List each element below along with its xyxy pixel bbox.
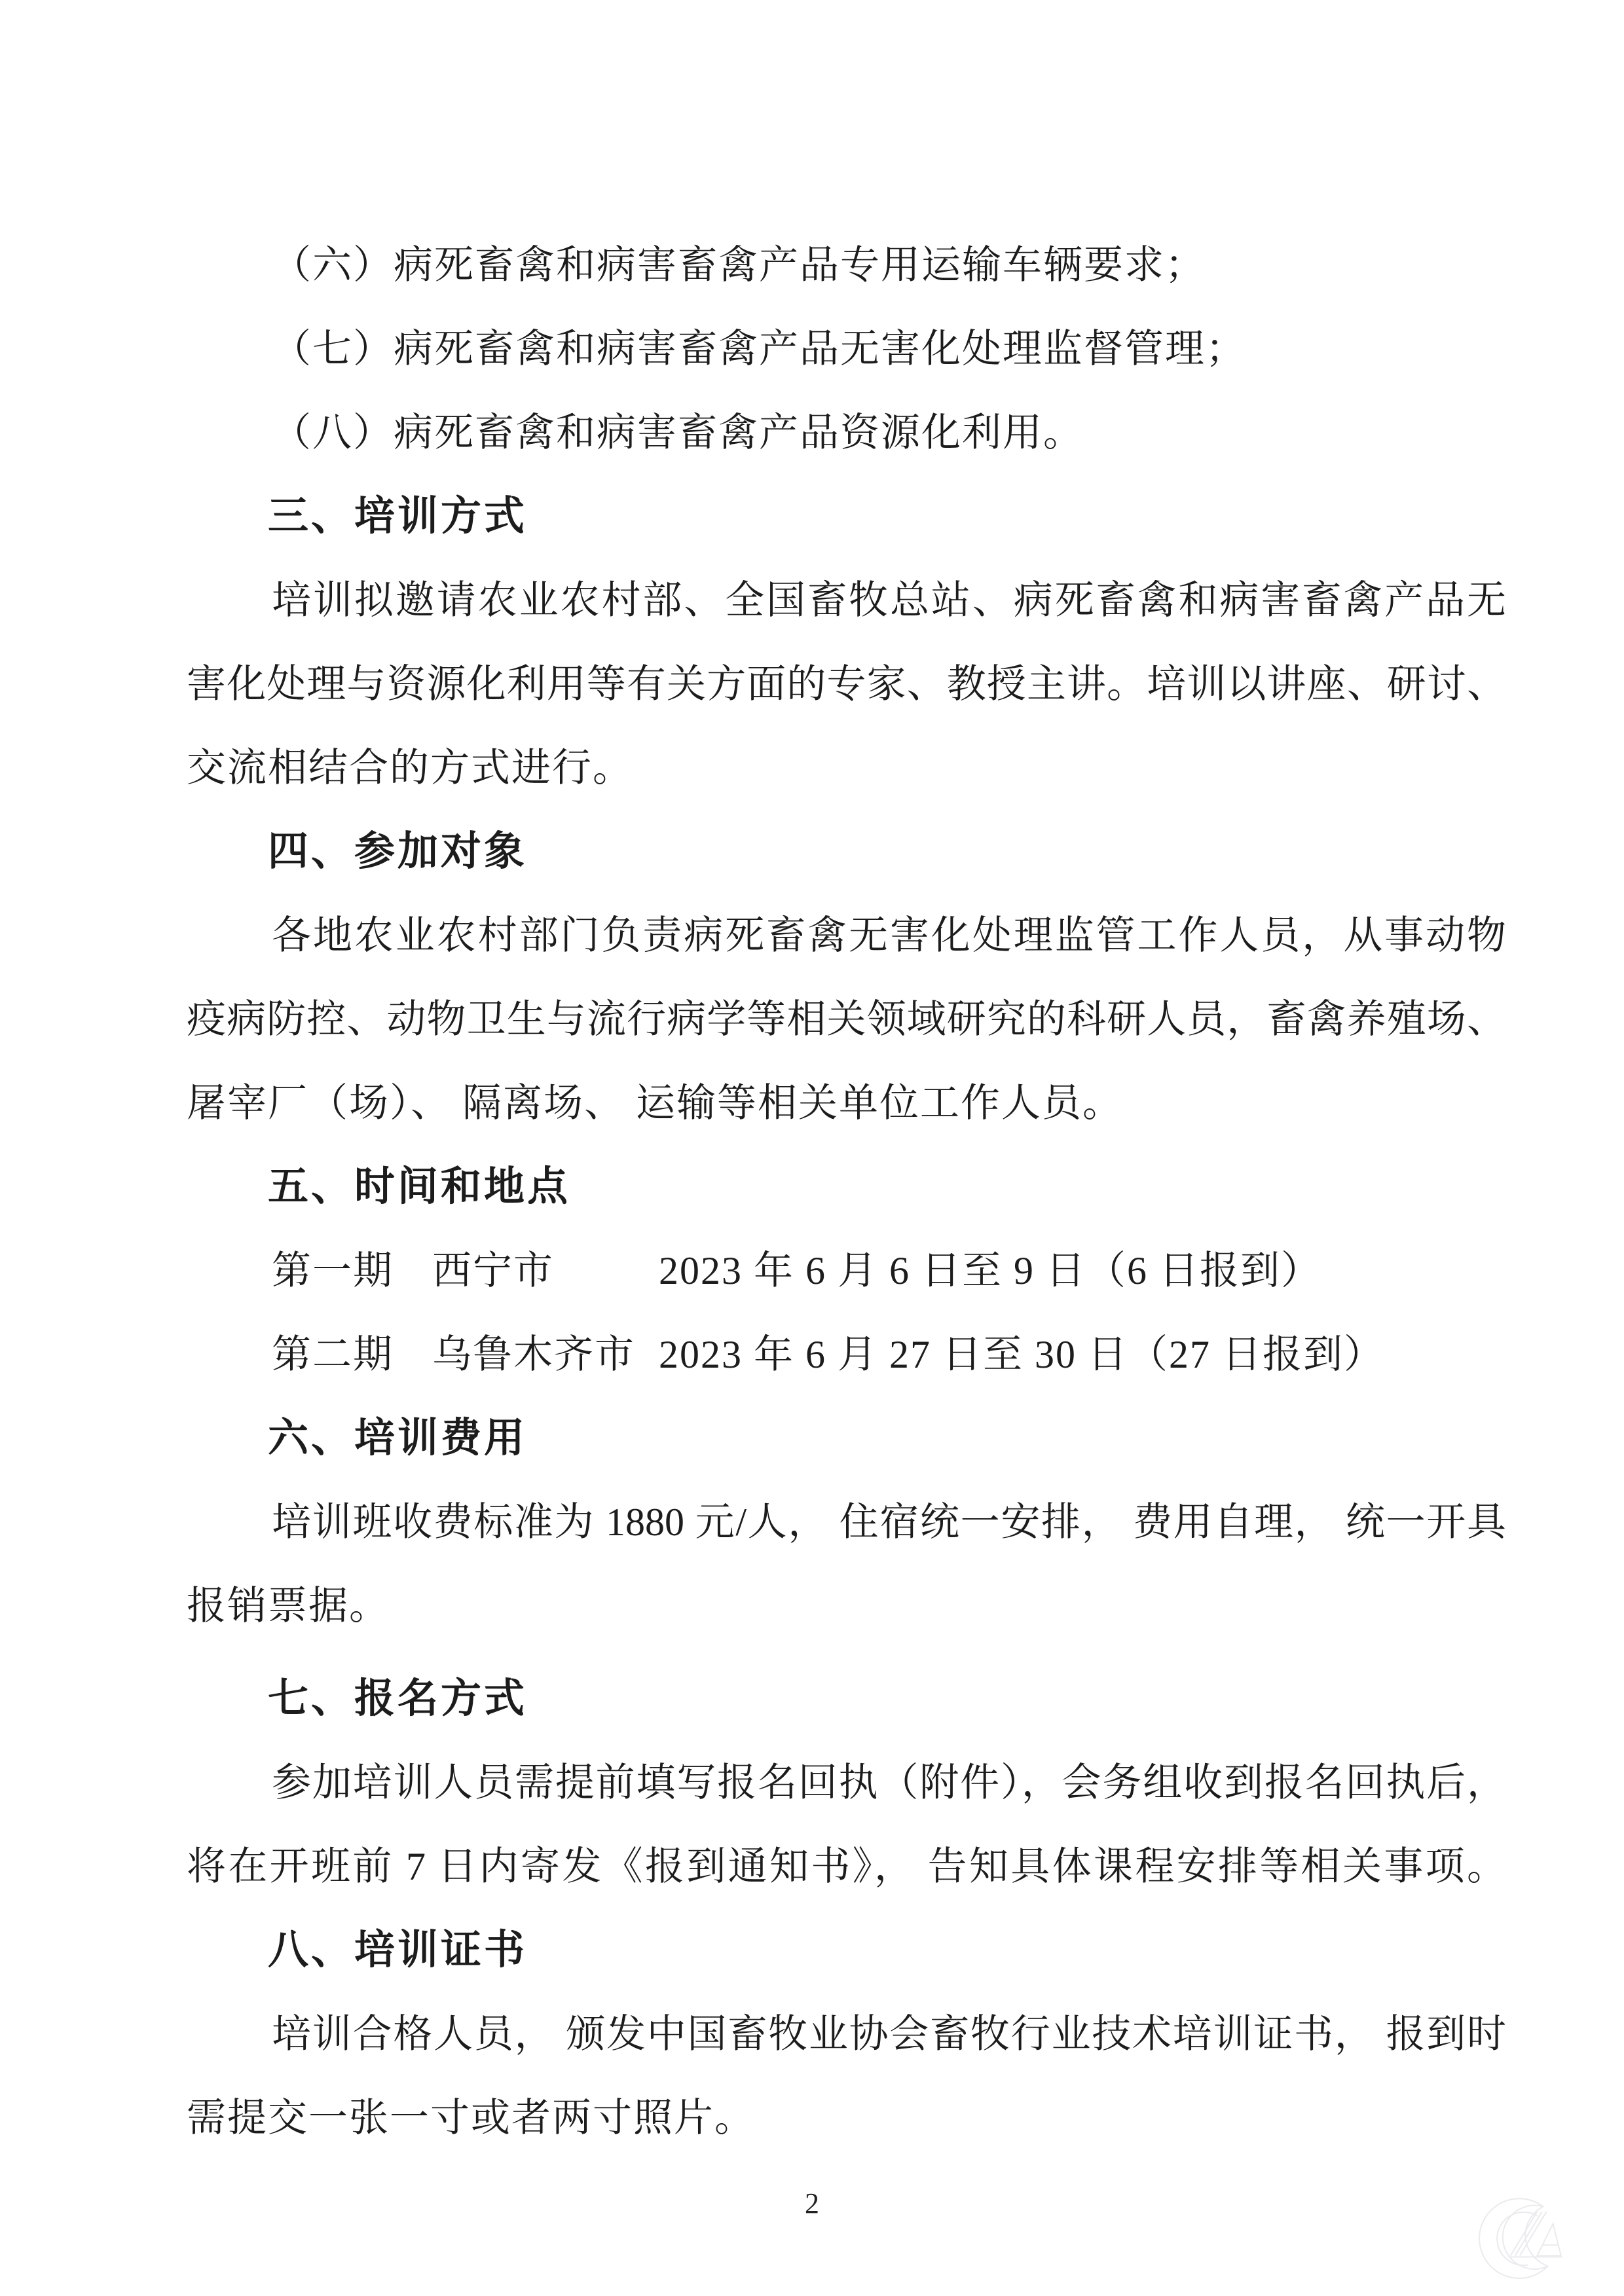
schedule-city: 乌鲁木齐市 [432, 1313, 659, 1396]
paragraph-line: 疫病防控、动物卫生与流行病学等相关领域研究的科研人员，畜禽养殖场、 [187, 977, 1506, 1061]
paragraph-line: 参加培训人员需提前填写报名回执（附件），会务组收到报名回执后， [187, 1741, 1506, 1825]
paragraph-line: 害化处理与资源化利用等有关方面的专家、教授主讲。培训以讲座、研讨、 [187, 642, 1506, 726]
schedule-row-1: 第一期西宁市2023 年 6 月 6 日至 9 日（6 日报到） [187, 1229, 1506, 1313]
schedule-dates: 2023 年 6 月 27 日至 30 日（27 日报到） [659, 1333, 1384, 1376]
paragraph-line: 各地农业农村部门负责病死畜禽无害化处理监管工作人员，从事动物 [187, 894, 1506, 977]
paragraph-line: 交流相结合的方式进行。 [187, 726, 1506, 810]
schedule-city: 西宁市 [432, 1229, 659, 1313]
schedule-row-2: 第二期乌鲁木齐市2023 年 6 月 27 日至 30 日（27 日报到） [187, 1313, 1506, 1396]
paragraph-line: 培训班收费标准为 1880 元/人， 住宿统一安排， 费用自理， 统一开具 [187, 1480, 1506, 1564]
schedule-session: 第一期 [272, 1229, 432, 1313]
section-heading-3: 三、培训方式 [187, 475, 1506, 558]
paragraph-line: 报销票据。 [187, 1564, 1506, 1648]
paragraph-line: 需提交一张一寸或者两寸照片。 [187, 2076, 1506, 2160]
paragraph-line: 屠宰厂（场）、 隔离场、 运输等相关单位工作人员。 [187, 1061, 1506, 1145]
paragraph-line: 培训拟邀请农业农村部、全国畜牧总站、病死畜禽和病害畜禽产品无 [187, 558, 1506, 642]
document-body: （六）病死畜禽和病害畜禽产品专用运输车辆要求；（七）病死畜禽和病害畜禽产品无害化… [187, 223, 1506, 2160]
scanned-document-page: { "page": { "number": "2" }, "watermark"… [0, 0, 1624, 2296]
section-heading-5: 五、时间和地点 [187, 1145, 1506, 1229]
page-number: 2 [0, 2187, 1624, 2220]
schedule-dates: 2023 年 6 月 6 日至 9 日（6 日报到） [659, 1249, 1321, 1292]
section-heading-6: 六、培训费用 [187, 1396, 1506, 1480]
section-heading-4: 四、参加对象 [187, 810, 1506, 894]
paragraph-line: 将在开班前 7 日内寄发《报到通知书》， 告知具体课程安排等相关事项。 [187, 1825, 1506, 1908]
schedule-session: 第二期 [272, 1313, 432, 1396]
list-item-7: （七）病死畜禽和病害畜禽产品无害化处理监督管理； [187, 307, 1506, 391]
list-item-6: （六）病死畜禽和病害畜禽产品专用运输车辆要求； [187, 223, 1506, 307]
list-item-8: （八）病死畜禽和病害畜禽产品资源化利用。 [187, 391, 1506, 475]
section-heading-8: 八、培训证书 [187, 1908, 1506, 1992]
paragraph-line: 培训合格人员， 颁发中国畜牧业协会畜牧行业技术培训证书， 报到时 [187, 1992, 1506, 2076]
section-heading-7: 七、报名方式 [187, 1657, 1506, 1741]
